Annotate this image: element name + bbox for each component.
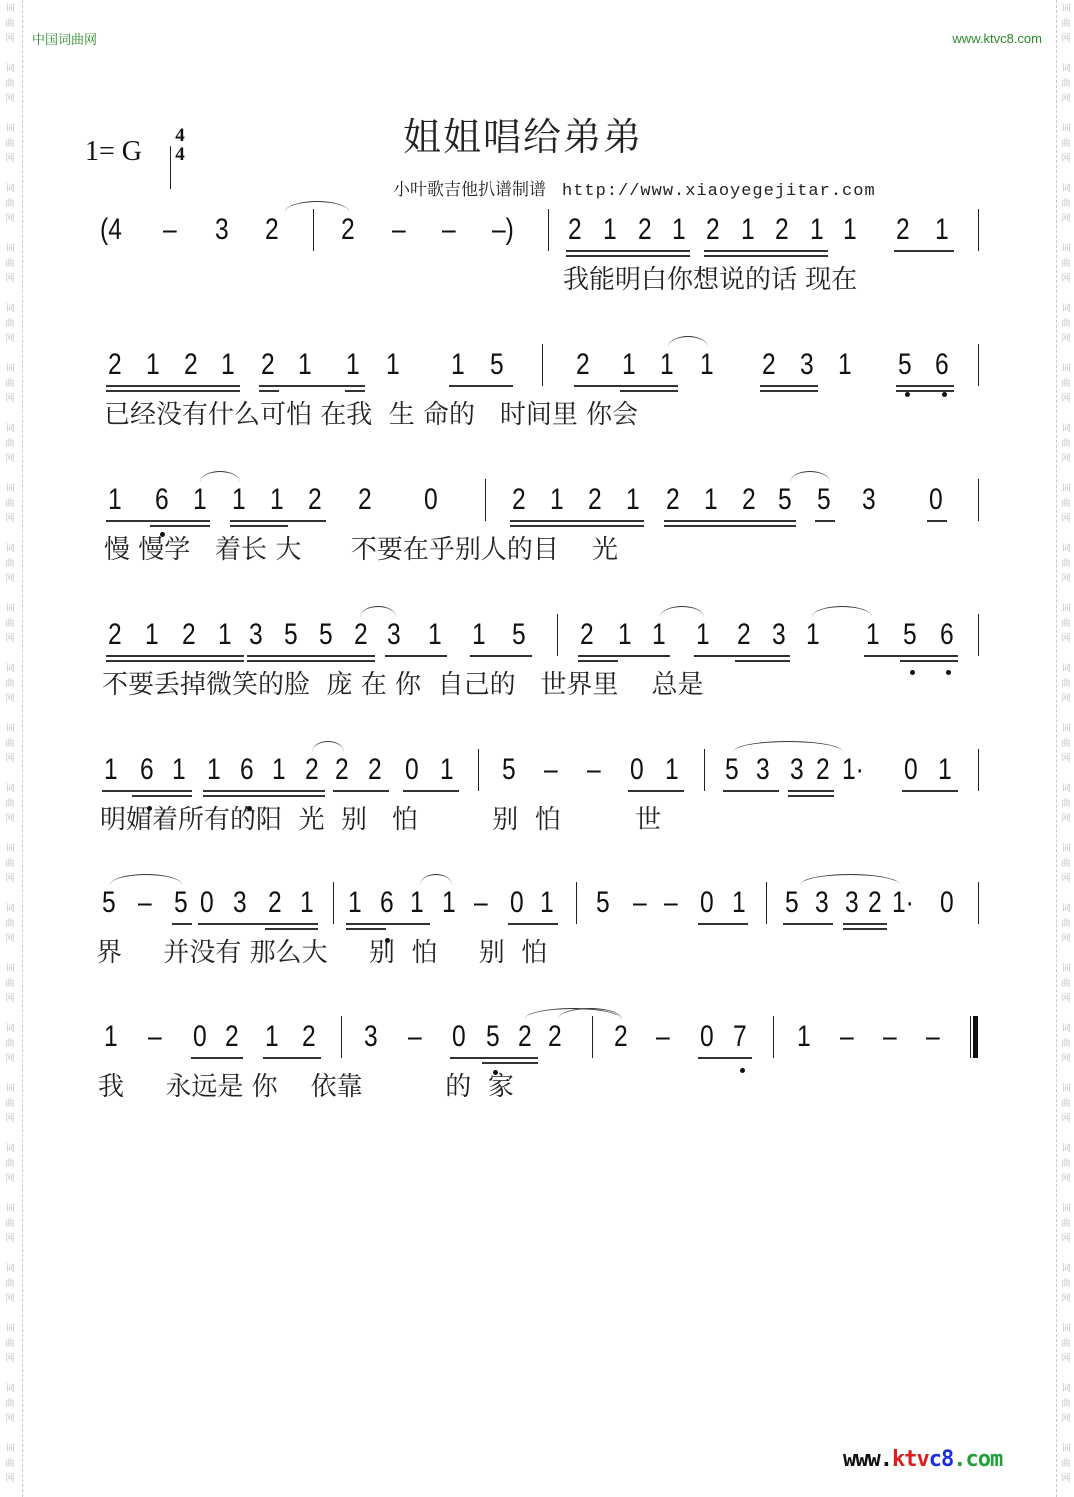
barline [704,749,705,791]
note: 2 [225,1022,239,1052]
watermark-char: 词 [1057,1442,1074,1457]
watermark-char: 网 [1,1232,19,1247]
note: 1 [442,888,456,918]
watermark-char: 曲 [1057,1397,1074,1412]
note-underline [510,520,644,522]
note-underline [247,655,375,657]
note: 6 [935,350,949,380]
barline [978,344,979,386]
note: 2 [614,1022,628,1052]
watermark-char: 曲 [1,737,19,752]
note-underline [106,655,244,657]
watermark-char: 曲 [1,1157,19,1172]
watermark-char: 网 [1,92,19,107]
note-underline [450,1057,538,1059]
note-underline [106,385,240,387]
note: 1 [472,620,486,650]
note: 7 [733,1022,747,1052]
note-underline [106,520,210,522]
note: 3 [790,755,804,785]
note: 1· [842,755,864,785]
note: 1 [652,620,666,650]
time-signature-top: 4 [170,126,190,145]
note: 2 [354,620,368,650]
note: 0 [700,1022,714,1052]
note: 1 [193,485,207,515]
note: 6 [140,755,154,785]
tie-arc [733,741,843,752]
note: 1 [232,485,246,515]
note: 1 [270,485,284,515]
key-signature: 1= G [85,136,142,168]
tie-arc [800,874,900,885]
note: 5 [512,620,526,650]
note: –) [492,215,514,245]
note: 3 [364,1022,378,1052]
note-underline [698,923,748,925]
barline [592,1016,593,1058]
note-underline [106,660,244,662]
watermark-char: 曲 [1,77,19,92]
watermark-char: 网 [1057,92,1074,107]
note-underline [230,520,326,522]
note: 0 [452,1022,466,1052]
note-underline [259,385,365,387]
note: 1 [428,620,442,650]
note-underline [333,790,389,792]
note: 1 [810,215,824,245]
watermark-char: 曲 [1057,197,1074,212]
note: 3 [233,888,247,918]
note: 3 [249,620,263,650]
barline [766,882,767,924]
watermark-char: 网 [1,1412,19,1427]
note: 2 [762,350,776,380]
watermark-char: 词 [1,1262,19,1277]
watermark-char: 词 [1057,122,1074,137]
note-underline [902,790,958,792]
note: 5 [284,620,298,650]
watermark-char: 词 [1,1382,19,1397]
note: 6 [940,620,954,650]
note-underline [843,923,887,925]
note: – [163,215,177,245]
note: 3 [772,620,786,650]
note: 1 [346,350,360,380]
score-row: 161161222015––0153321·01明媚着所有的阳 光 别 怕 别 … [0,755,1074,865]
note-underline [510,525,644,527]
watermark-char: 网 [1,152,19,167]
note-underline [172,923,192,925]
note: 2 [576,350,590,380]
note: 5 [778,485,792,515]
barline [576,882,577,924]
note: 0 [405,755,419,785]
note-underline [927,520,947,522]
note-underline [191,1057,243,1059]
note: – [442,215,456,245]
note: 5 [785,888,799,918]
watermark-char: 曲 [1057,737,1074,752]
note: 3 [387,620,401,650]
watermark-char: 曲 [1057,1337,1074,1352]
barline [557,614,558,656]
tie-arc [200,471,240,482]
note: 2 [302,1022,316,1052]
watermark-char: 曲 [1,137,19,152]
note: 1 [797,1022,811,1052]
note-underline [704,255,828,257]
note: 1 [806,620,820,650]
note: 2 [737,620,751,650]
note: 2 [548,1022,562,1052]
barline [341,1016,342,1058]
note: 5 [174,888,188,918]
note: 5 [903,620,917,650]
note: 2 [518,1022,532,1052]
score-row: 2121355231152111231156不要丢掉微笑的脸 庞 在 你 自己的… [0,620,1074,730]
time-signature: 4 4 [170,126,190,164]
note-underline [864,655,958,657]
logo-com: .com [953,1447,1002,1472]
note: 2 [182,620,196,650]
tie-arc [420,874,452,885]
note-underline [735,660,790,662]
barline [548,209,549,251]
note: 1 [146,350,160,380]
note-underline [664,520,796,522]
credit-url[interactable]: http://www.xiaoyegejitar.com [562,182,876,201]
lyrics-line: 明媚着所有的阳 光 别 怕 别 怕 世 [100,799,661,836]
note: 1 [843,215,857,245]
note: 1 [665,755,679,785]
watermark-char: 曲 [1,1337,19,1352]
logo-ktv: ktv [892,1447,929,1472]
note-underline [106,390,240,392]
watermark-char: 词 [1,1142,19,1157]
note: 1 [386,350,400,380]
note: 6 [155,485,169,515]
note: 1 [866,620,880,650]
note: – [883,1022,897,1052]
lyrics-line: 已经没有什么可怕 在我 生 命的 时间里 你会 [104,394,638,431]
note-underline [698,1057,752,1059]
watermark-char: 网 [1,32,19,47]
note: 2 [666,485,680,515]
note: 1 [145,620,159,650]
note-underline [203,795,325,797]
note-underline [664,525,796,527]
note: 2 [568,215,582,245]
tie-arc [312,741,344,752]
note: 6 [240,755,254,785]
octave-dot-low [905,392,910,397]
note: 3 [862,485,876,515]
watermark-char: 网 [1057,1232,1074,1247]
note: – [408,1022,422,1052]
note-underline [470,655,532,657]
note: 1 [603,215,617,245]
credit-line: 小叶歌吉他扒谱制谱http://www.xiaoyegejitar.com [393,175,876,201]
note-underline [247,660,375,662]
note: 1 [935,215,949,245]
lyrics-line: 界 并没有 那么大 别 怕 别 怕 [96,932,547,969]
note-underline [694,655,790,657]
lyrics-line: 我 永远是 你 依靠 的 家 [98,1066,514,1103]
credit-author: 小叶歌吉他扒谱制谱 [393,180,546,200]
note-underline [620,390,678,392]
note: 3 [845,888,859,918]
note: 1 [700,350,714,380]
watermark-char: 词 [1057,182,1074,197]
note: 0 [193,1022,207,1052]
note: 2 [816,755,830,785]
watermark-char: 曲 [1,1397,19,1412]
final-barline-thin [970,1016,971,1058]
note: 5 [725,755,739,785]
watermark-char: 词 [1057,2,1074,17]
note: – [633,888,647,918]
watermark-char: 网 [1057,1472,1074,1487]
note: 1 [938,755,952,785]
tie-arc [668,336,708,347]
note-underline [760,385,818,387]
octave-dot-low [910,670,915,675]
watermark-char: 网 [1,1292,19,1307]
note: 1 [838,350,852,380]
lyrics-line: 我能明白你想说的话 现在 [563,259,857,296]
note: – [664,888,678,918]
note: 2 [868,888,882,918]
watermark-char: 网 [1057,332,1074,347]
site-url-right[interactable]: www.ktvc8.com [952,31,1042,46]
watermark-char: 词 [1,2,19,17]
note-underline [345,390,365,392]
watermark-char: 网 [1057,1412,1074,1427]
barline [333,882,334,924]
octave-dot-low [942,392,947,397]
note: 1 [221,350,235,380]
tie-arc [285,201,349,212]
note: 2 [358,485,372,515]
note: – [392,215,406,245]
watermark-char: 词 [1,122,19,137]
note-underline [482,1062,538,1064]
note: 2 [512,485,526,515]
watermark-char: 网 [1,1472,19,1487]
barline [978,749,979,791]
watermark-char: 曲 [1057,17,1074,32]
note: 1 [218,620,232,650]
note-underline [788,795,834,797]
note: 2 [268,888,282,918]
note: – [474,888,488,918]
watermark-char: 词 [1,62,19,77]
watermark-char: 词 [1,1442,19,1457]
note: 2 [775,215,789,245]
note-underline [132,795,192,797]
barline [478,749,479,791]
note-underline [578,655,670,657]
note: 0 [700,888,714,918]
note: 1 [550,485,564,515]
note: 2 [896,215,910,245]
watermark-char: 网 [1057,152,1074,167]
note: 3 [756,755,770,785]
logo-c8: c8 [929,1447,954,1472]
logo-www: www. [843,1447,892,1472]
note-underline [102,790,192,792]
note: 1 [741,215,755,245]
watermark-char: 词 [1,182,19,197]
note: 2 [308,485,322,515]
lyrics-line: 不要丢掉微笑的脸 庞 在 你 自己的 世界里 总是 [102,664,703,701]
note: – [148,1022,162,1052]
note: 1· [892,888,914,918]
note: 1 [732,888,746,918]
watermark-char: 词 [1057,1322,1074,1337]
footer-logo[interactable]: www.ktvc8.com [843,1447,1002,1472]
note: 2 [341,215,355,245]
note-underline [403,790,459,792]
lyrics-line: 慢 慢学 着长 大 不要在乎别人的目 光 [104,529,618,566]
watermark-char: 网 [1,872,19,887]
note: 1 [622,350,636,380]
note-underline [449,385,513,387]
note: 5 [102,888,116,918]
note-underline [346,928,386,930]
watermark-char: 词 [1057,1262,1074,1277]
note: 1 [272,755,286,785]
note-underline [574,385,678,387]
song-title: 姐姐唱给弟弟 [403,106,643,161]
note: 2 [588,485,602,515]
note: 2 [108,620,122,650]
barline [313,209,314,251]
note: 1 [704,485,718,515]
watermark-char: 曲 [1057,77,1074,92]
watermark-char: 曲 [1057,1457,1074,1472]
note: 2 [706,215,720,245]
note-underline [894,250,954,252]
note: – [138,888,152,918]
note: 1 [626,485,640,515]
barline [978,479,979,521]
octave-dot-low [740,1068,745,1073]
note-underline [508,923,558,925]
note: 1 [451,350,465,380]
note: 1 [298,350,312,380]
note: 1 [348,888,362,918]
note-underline [346,923,430,925]
note: – [544,755,558,785]
note: 3 [215,215,229,245]
watermark-char: 曲 [1,1457,19,1472]
score-row: 1611122021212125530慢 慢学 着长 大 不要在乎别人的目 光 [0,485,1074,595]
barline [542,344,543,386]
watermark-char: 词 [1057,1382,1074,1397]
note-underline [198,923,318,925]
note-underline [259,390,279,392]
watermark-char: 词 [1057,62,1074,77]
note: 1 [540,888,554,918]
note: 1 [618,620,632,650]
watermark-char: 曲 [1057,1217,1074,1232]
watermark-char: 网 [1057,32,1074,47]
note: 6 [380,888,394,918]
note-underline [723,790,779,792]
note: (4 [100,215,122,245]
note-underline [566,255,690,257]
note: 2 [184,350,198,380]
watermark-char: 词 [1,602,19,617]
note: – [926,1022,940,1052]
note: 5 [817,485,831,515]
note: 0 [929,485,943,515]
note-underline [843,928,887,930]
note: 2 [305,755,319,785]
watermark-char: 曲 [1,17,19,32]
watermark-char: 曲 [1,1217,19,1232]
note-underline [760,390,818,392]
note-underline [263,1057,321,1059]
site-name-left[interactable]: 中国词曲网 [32,29,97,48]
watermark-char: 曲 [1057,137,1074,152]
note-underline [385,655,447,657]
note: 2 [335,755,349,785]
note: 5 [898,350,912,380]
score-row: 1–02123–05222–071–––我 永远是 你 依靠 的 家 [0,1022,1074,1132]
note-underline [783,923,833,925]
final-barline-thick [973,1016,978,1058]
watermark-char: 网 [1057,1352,1074,1367]
watermark-char: 曲 [1057,1157,1074,1172]
note: 5 [502,755,516,785]
note: 1 [207,755,221,785]
watermark-char: 曲 [1,197,19,212]
note: 2 [742,485,756,515]
note-underline [896,385,954,387]
note-underline [578,660,618,662]
time-signature-bottom: 4 [170,145,190,164]
note-underline [203,790,325,792]
note: 1 [104,1022,118,1052]
watermark-char: 词 [1057,1142,1074,1157]
note-underline [230,525,288,527]
note: 1 [672,215,686,245]
note: 5 [486,1022,500,1052]
watermark-char: 词 [1,1202,19,1217]
note: 2 [580,620,594,650]
note: 1 [300,888,314,918]
watermark-char: 网 [1057,1292,1074,1307]
note: – [840,1022,854,1052]
score-row: 2121211115211123156已经没有什么可怕 在我 生 命的 时间里 … [0,350,1074,460]
note: 0 [940,888,954,918]
score-row: 5–503211611–015––0153321·0界 并没有 那么大 别 怕 … [0,888,1074,998]
barline [978,209,979,251]
note: 0 [510,888,524,918]
note: 3 [815,888,829,918]
tie-arc [360,606,396,617]
note: 5 [490,350,504,380]
watermark-char: 曲 [1057,1277,1074,1292]
note: 5 [596,888,610,918]
watermark-char: 网 [1057,872,1074,887]
note-underline [566,250,690,252]
barline [978,882,979,924]
watermark-char: 网 [1,1352,19,1367]
